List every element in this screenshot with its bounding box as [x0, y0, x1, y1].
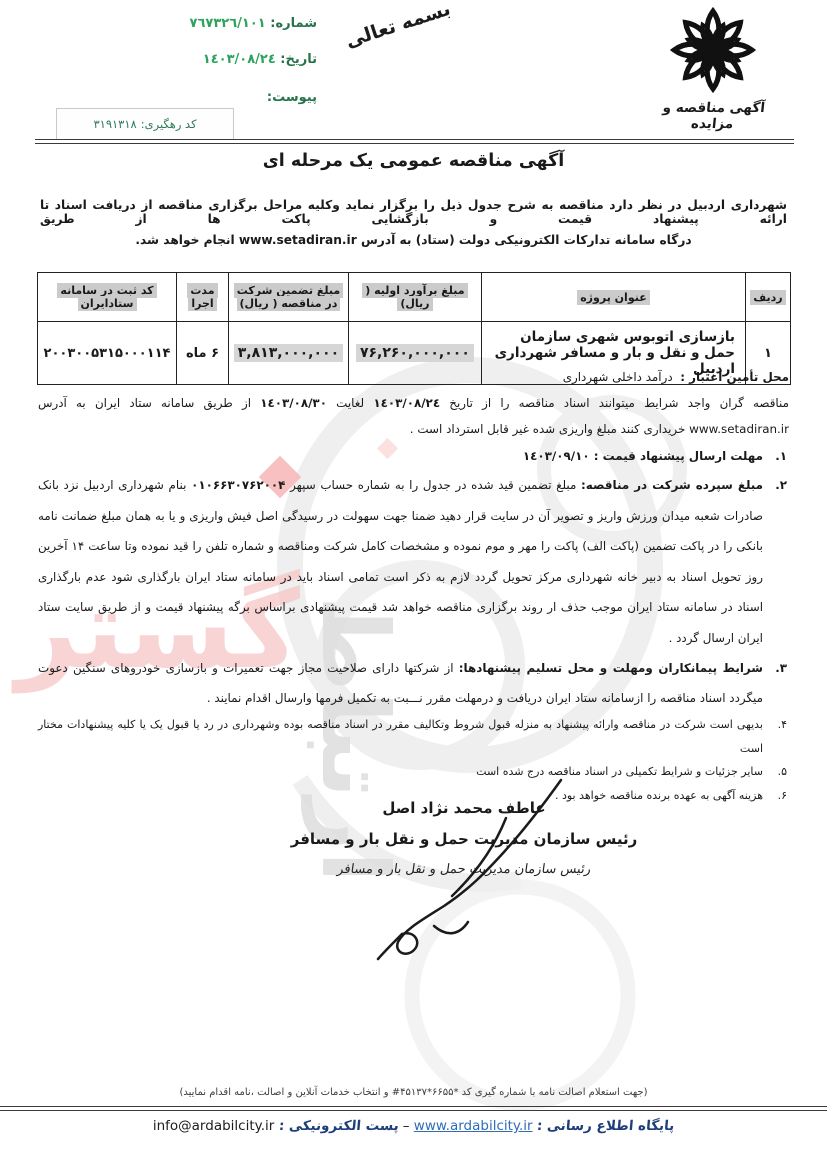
col-header-project-title: عنوان پروژه — [481, 273, 745, 322]
page-title: آگهی مناقصه عمومی یک مرحله ای — [0, 151, 827, 171]
date-label: تاریخ: — [280, 52, 317, 67]
list-item-3: ۳. شرایط پیمانکاران ومهلت و محل تسلیم پی… — [38, 653, 789, 713]
number-label: شماره: — [270, 16, 317, 31]
purchase-t1: مناقصه گران واجد شرایط میتوانند اسناد من… — [449, 396, 789, 410]
item1-number: ۱. — [775, 442, 787, 470]
attachment-label: پیوست: — [267, 90, 317, 105]
tracking-code-box: کد رهگیری: ۳۱۹۱۳۱۸ — [56, 108, 234, 140]
date-field: تاریخ: ١٤٠٣/٠٨/٢٤ — [55, 52, 317, 67]
item2-text-2: بنام شهرداری اردبیل نزد بانک صادرات شعبه… — [38, 478, 763, 645]
footer-links: پایگاه اطلاع رسانی : www.ardabilcity.ir … — [0, 1118, 827, 1134]
date-value: ١٤٠٣/٠٨/٢٤ — [203, 52, 276, 67]
intro-line2-pre: درگاه سامانه تدارکات الکترونیکی دولت (ست… — [361, 233, 692, 247]
purchase-setadiran-url: www.setadiran.ir — [689, 422, 789, 436]
item3-label: شرایط پیمانکاران ومهلت و محل تسلیم پیشنه… — [459, 661, 763, 675]
municipality-rosette-logo-icon — [669, 6, 757, 94]
logo-caption: آگهی مناقصه و مزایده — [653, 100, 772, 132]
besmele-calligraphy: بسمه تعالی — [338, 0, 459, 54]
setadiran-url: www.setadiran.ir — [239, 233, 357, 247]
municipality-logo-block: آگهی مناقصه و مزایده — [655, 6, 771, 132]
item3-number: ۳. — [775, 653, 787, 683]
purchase-t4: خریداری کنند مبلغ واریزی شده غیر قابل اس… — [410, 422, 686, 436]
signature-scribble — [356, 776, 586, 961]
intro-line2-post: انجام خواهد شد. — [135, 233, 234, 247]
item4-number: ۴. — [778, 713, 787, 737]
item5-number: ۵. — [778, 760, 787, 784]
col-header-setad-code: کد ثبت در سامانه ستادایران — [38, 273, 177, 322]
col-header-row-index: ردیف — [746, 273, 791, 322]
attachment-field: پیوست: — [55, 90, 317, 105]
item1-deadline-date: ١٤٠٣/٠٩/١٠ — [523, 449, 590, 463]
number-value: ٧٦٧٣٢٦/١٠١ — [190, 16, 266, 31]
item6-number: ۶. — [778, 784, 787, 808]
purchase-paragraph: مناقصه گران واجد شرایط میتوانند اسناد من… — [38, 390, 789, 442]
tracking-value: ۳۱۹۱۳۱۸ — [93, 117, 136, 131]
funding-line: محل تأمین اعتبار : درآمد داخلی شهرداری — [38, 364, 789, 390]
funding-value: درآمد داخلی شهرداری — [563, 370, 673, 384]
col-header-initial-estimate: مبلغ برآورد اولیه ( ریال) — [348, 273, 481, 322]
col-header-duration: مدت اجرا — [177, 273, 229, 322]
body-text: محل تأمین اعتبار : درآمد داخلی شهرداری م… — [38, 364, 789, 807]
list-item-2: ۲. مبلغ سپرده شرکت در مناقصه: مبلغ تضمین… — [38, 470, 789, 653]
footer-dash: – — [403, 1118, 410, 1134]
number-field: شماره: ٧٦٧٣٢٦/١٠١ — [55, 16, 317, 31]
item2-label: مبلغ سپرده شرکت در مناقصه: — [581, 478, 763, 492]
item2-text-1: مبلغ تضمین قید شده در جدول را به شماره ح… — [290, 478, 576, 492]
intro-line1: شهرداری اردبیل در نظر دارد مناقصه به شرح… — [40, 198, 787, 226]
tracking-label: کد رهگیری: — [141, 117, 197, 131]
list-item-1: ۱. مهلت ارسال پیشنهاد قیمت : ١٤٠٣/٠٩/١٠ — [38, 442, 789, 470]
portal-link[interactable]: www.ardabilcity.ir — [414, 1118, 533, 1134]
portal-label: پایگاه اطلاع رسانی : — [536, 1118, 675, 1134]
purchase-date-end: ١٤٠٣/٠٨/٣٠ — [260, 396, 327, 410]
email-label: پست الکترونیکی : — [278, 1118, 399, 1134]
header-divider — [35, 139, 794, 144]
purchase-t3: از طریق سامانه ستاد ایران به آدرس — [38, 396, 251, 410]
purchase-t2: لغایت — [336, 396, 364, 410]
item2-number: ۲. — [775, 470, 787, 501]
table-header-row: ردیف عنوان پروژه مبلغ برآورد اولیه ( ریا… — [38, 273, 791, 322]
footer-divider — [0, 1106, 827, 1111]
authenticity-note: (جهت استعلام اصالت نامه با شماره گیری کد… — [0, 1087, 827, 1098]
list-item-4: ۴. بدیهی است شرکت در مناقصه وارائه پیشنه… — [38, 713, 789, 760]
intro-line2: درگاه سامانه تدارکات الکترونیکی دولت (ست… — [40, 233, 787, 247]
col-header-guarantee-amount: مبلغ تضمین شرکت در مناقصه ( ریال) — [228, 273, 348, 322]
email-address: info@ardabilcity.ir — [153, 1118, 274, 1134]
purchase-date-start: ١٤٠٣/٠٨/٢٤ — [373, 396, 440, 410]
funding-label: محل تأمین اعتبار : — [680, 370, 789, 384]
item2-account-number: ۰۱۰۶۶۳۰۷۶۲۰۰۴ — [191, 478, 285, 492]
item4-text: بدیهی است شرکت در مناقصه وارائه پیشنهاد … — [38, 718, 763, 755]
item1-label: مهلت ارسال پیشنهاد قیمت : — [594, 449, 763, 463]
